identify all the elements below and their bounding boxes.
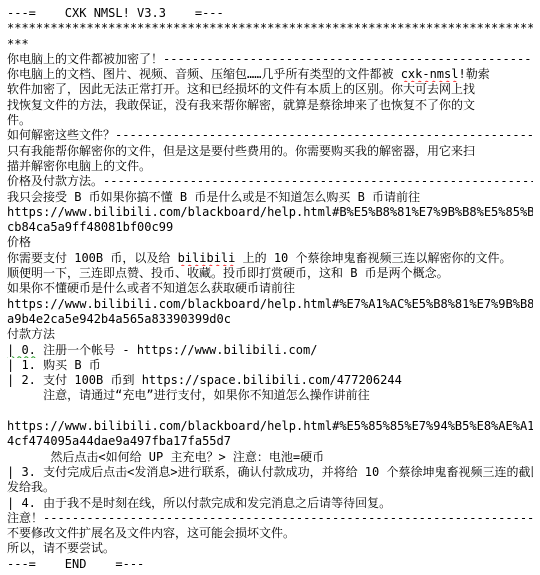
text-segment: 你电脑上的文档、图片、视频、音频、压缩包……几乎所有类型的文件都被 <box>7 67 401 81</box>
text-line: 价格及付款方法。--------------------------------… <box>7 174 533 189</box>
text-line: 4cf474095a44dae9a497fba17fa55d7 <box>7 434 533 449</box>
text-segment: 找恢复文件的方法，我敢保证，没有我来帮你解密，就算是蔡徐坤来了也恢复不了你的文 <box>7 98 475 112</box>
text-line <box>7 404 533 419</box>
text-line: 然后点击<如何给 UP 主充电？> 注意：电池=硬币 <box>7 450 533 465</box>
text-line: 所以，请不要尝试。 <box>7 541 533 556</box>
text-line: | 4. 由于我不是时刻在线，所以付款完成和发完消息之后请等待回复。 <box>7 496 533 511</box>
text-line: https://www.bilibili.com/blackboard/help… <box>7 205 533 220</box>
text-segment: 然后点击<如何给 UP 主充电？> 注意：电池=硬币 <box>7 450 324 464</box>
text-line: 如果你不懂硬币是什么或者不知道怎么获取硬币请前往 <box>7 281 533 296</box>
text-segment: | 3. 支付完成后点击<发消息>进行联系，确认付款成功，并将给 10 个蔡徐坤… <box>7 465 533 479</box>
text-line: 注意！-------------------------------------… <box>7 511 533 526</box>
text-line: 发给我。 <box>7 480 533 495</box>
ransom-note-document: ---= CXK NMSL! V3.3 =---****************… <box>0 0 540 575</box>
text-line: 软件加密了，因此无法正常打开。这和已经损坏的文件有本质上的区别。你大可去网上找 <box>7 82 533 97</box>
text-segment: 所以，请不要尝试。 <box>7 541 115 555</box>
text-segment: *** <box>7 37 29 51</box>
text-line: https://www.bilibili.com/blackboard/help… <box>7 419 533 434</box>
text-segment: 只有我能帮你解密你的文件，但是这是要付些费用的。你需要购买我的解密器，用它来扫 <box>7 144 475 158</box>
text-segment: | 4. 由于我不是时刻在线，所以付款完成和发完消息之后请等待回复。 <box>7 496 391 510</box>
text-segment: | 1. 购买 B 币 <box>7 358 101 372</box>
text-line: | 2. 支付 100B 币到 https://space.bilibili.c… <box>7 373 533 388</box>
text-segment: ****************************************… <box>7 21 533 35</box>
text-line: https://www.bilibili.com/blackboard/help… <box>7 297 533 312</box>
url-text: https://www.bilibili.com/ <box>137 343 318 357</box>
text-line: 只有我能帮你解密你的文件，但是这是要付些费用的。你需要购买我的解密器，用它来扫 <box>7 144 533 159</box>
text-segment: ---= CXK NMSL! V3.3 =--- <box>7 6 224 20</box>
text-segment: 不要修改文件扩展名及文件内容，这可能会损坏文件。 <box>7 526 295 540</box>
text-line: 找恢复文件的方法，我敢保证，没有我来帮你解密，就算是蔡徐坤来了也恢复不了你的文 <box>7 98 533 113</box>
text-line: 付款方法 <box>7 327 533 342</box>
text-segment: 你电脑上的文件都被加密了！---------------------------… <box>7 52 533 66</box>
text-line: 我只会接受 B 币如果你搞不懂 B 币是什么或是不知道怎么购买 B 币请前往 <box>7 190 533 205</box>
text-line: ---= CXK NMSL! V3.3 =--- <box>7 6 533 21</box>
text-segment: 注册一个帐号 - <box>36 343 137 357</box>
text-line: 价格 <box>7 235 533 250</box>
text-line: 不要修改文件扩展名及文件内容，这可能会损坏文件。 <box>7 526 533 541</box>
grammar-flagged-text: | 0. <box>7 343 36 357</box>
text-segment: 顺便明一下，三连即点赞、投币、收藏。投币即打赏硬币，这和 B 币是两个概念。 <box>7 266 449 280</box>
text-line: a9b4e2ca5e942b4a565a83390399d0c <box>7 312 533 327</box>
url-text: https://www.bilibili.com/blackboard/help… <box>7 297 533 311</box>
url-text: https://www.bilibili.com/blackboard/help… <box>7 205 533 219</box>
text-segment: 发给我。 <box>7 480 55 494</box>
text-segment: 注意！-------------------------------------… <box>7 511 533 525</box>
text-segment: 价格 <box>7 235 31 249</box>
misspelled-word: cxk-nmsl <box>401 67 459 81</box>
text-segment: | 2. 支付 100B 币到 <box>7 373 142 387</box>
text-line: *** <box>7 37 533 52</box>
text-line: ****************************************… <box>7 21 533 36</box>
text-line: 注意，请通过“充电”进行支付，如果你不知道怎么操作讲前往 <box>7 388 533 403</box>
text-segment: 上的 10 个蔡徐坤鬼畜视频三连以解密你的文件。 <box>235 251 511 265</box>
text-segment: ---= END =--- <box>7 557 144 571</box>
url-text: 4cf474095a44dae9a497fba17fa55d7 <box>7 434 231 448</box>
text-line: | 1. 购买 B 币 <box>7 358 533 373</box>
text-line: 件。 <box>7 113 533 128</box>
text-segment: 你需要支付 100B 币，以及给 <box>7 251 178 265</box>
text-segment: 注意，请通过“充电”进行支付，如果你不知道怎么操作讲前往 <box>7 388 370 402</box>
misspelled-word: bilibili <box>178 251 236 265</box>
text-line: 你需要支付 100B 币，以及给 bilibili 上的 10 个蔡徐坤鬼畜视频… <box>7 251 533 266</box>
document-body: ---= CXK NMSL! V3.3 =---****************… <box>7 6 533 572</box>
text-line: 顺便明一下，三连即点赞、投币、收藏。投币即打赏硬币，这和 B 币是两个概念。 <box>7 266 533 281</box>
url-text: a9b4e2ca5e942b4a565a83390399d0c <box>7 312 231 326</box>
text-line: | 0. 注册一个帐号 - https://www.bilibili.com/ <box>7 343 533 358</box>
text-line: 如何解密这些文件？-------------------------------… <box>7 128 533 143</box>
text-segment: 软件加密了，因此无法正常打开。这和已经损坏的文件有本质上的区别。你大可去网上找 <box>7 82 475 96</box>
text-line: | 3. 支付完成后点击<发消息>进行联系，确认付款成功，并将给 10 个蔡徐坤… <box>7 465 533 480</box>
text-segment: 如果你不懂硬币是什么或者不知道怎么获取硬币请前往 <box>7 281 295 295</box>
url-text: cb84ca5a9ff48081bf00c99 <box>7 220 173 234</box>
text-segment: 件。 <box>7 113 31 127</box>
text-segment: !勒索 <box>458 67 489 81</box>
text-line: ---= END =--- <box>7 557 533 572</box>
text-segment: 描并解密你电脑上的文件。 <box>7 159 151 173</box>
text-segment: 如何解密这些文件？-------------------------------… <box>7 128 533 142</box>
url-text: https://space.bilibili.com/477206244 <box>142 373 402 387</box>
text-line: 你电脑上的文档、图片、视频、音频、压缩包……几乎所有类型的文件都被 cxk-nm… <box>7 67 533 82</box>
text-line: 你电脑上的文件都被加密了！---------------------------… <box>7 52 533 67</box>
text-segment: 我只会接受 B 币如果你搞不懂 B 币是什么或是不知道怎么购买 B 币请前往 <box>7 190 420 204</box>
text-segment: 付款方法 <box>7 327 55 341</box>
text-segment: 价格及付款方法。--------------------------------… <box>7 174 533 188</box>
text-line: 描并解密你电脑上的文件。 <box>7 159 533 174</box>
url-text: https://www.bilibili.com/blackboard/help… <box>7 419 533 433</box>
text-line: cb84ca5a9ff48081bf00c99 <box>7 220 533 235</box>
